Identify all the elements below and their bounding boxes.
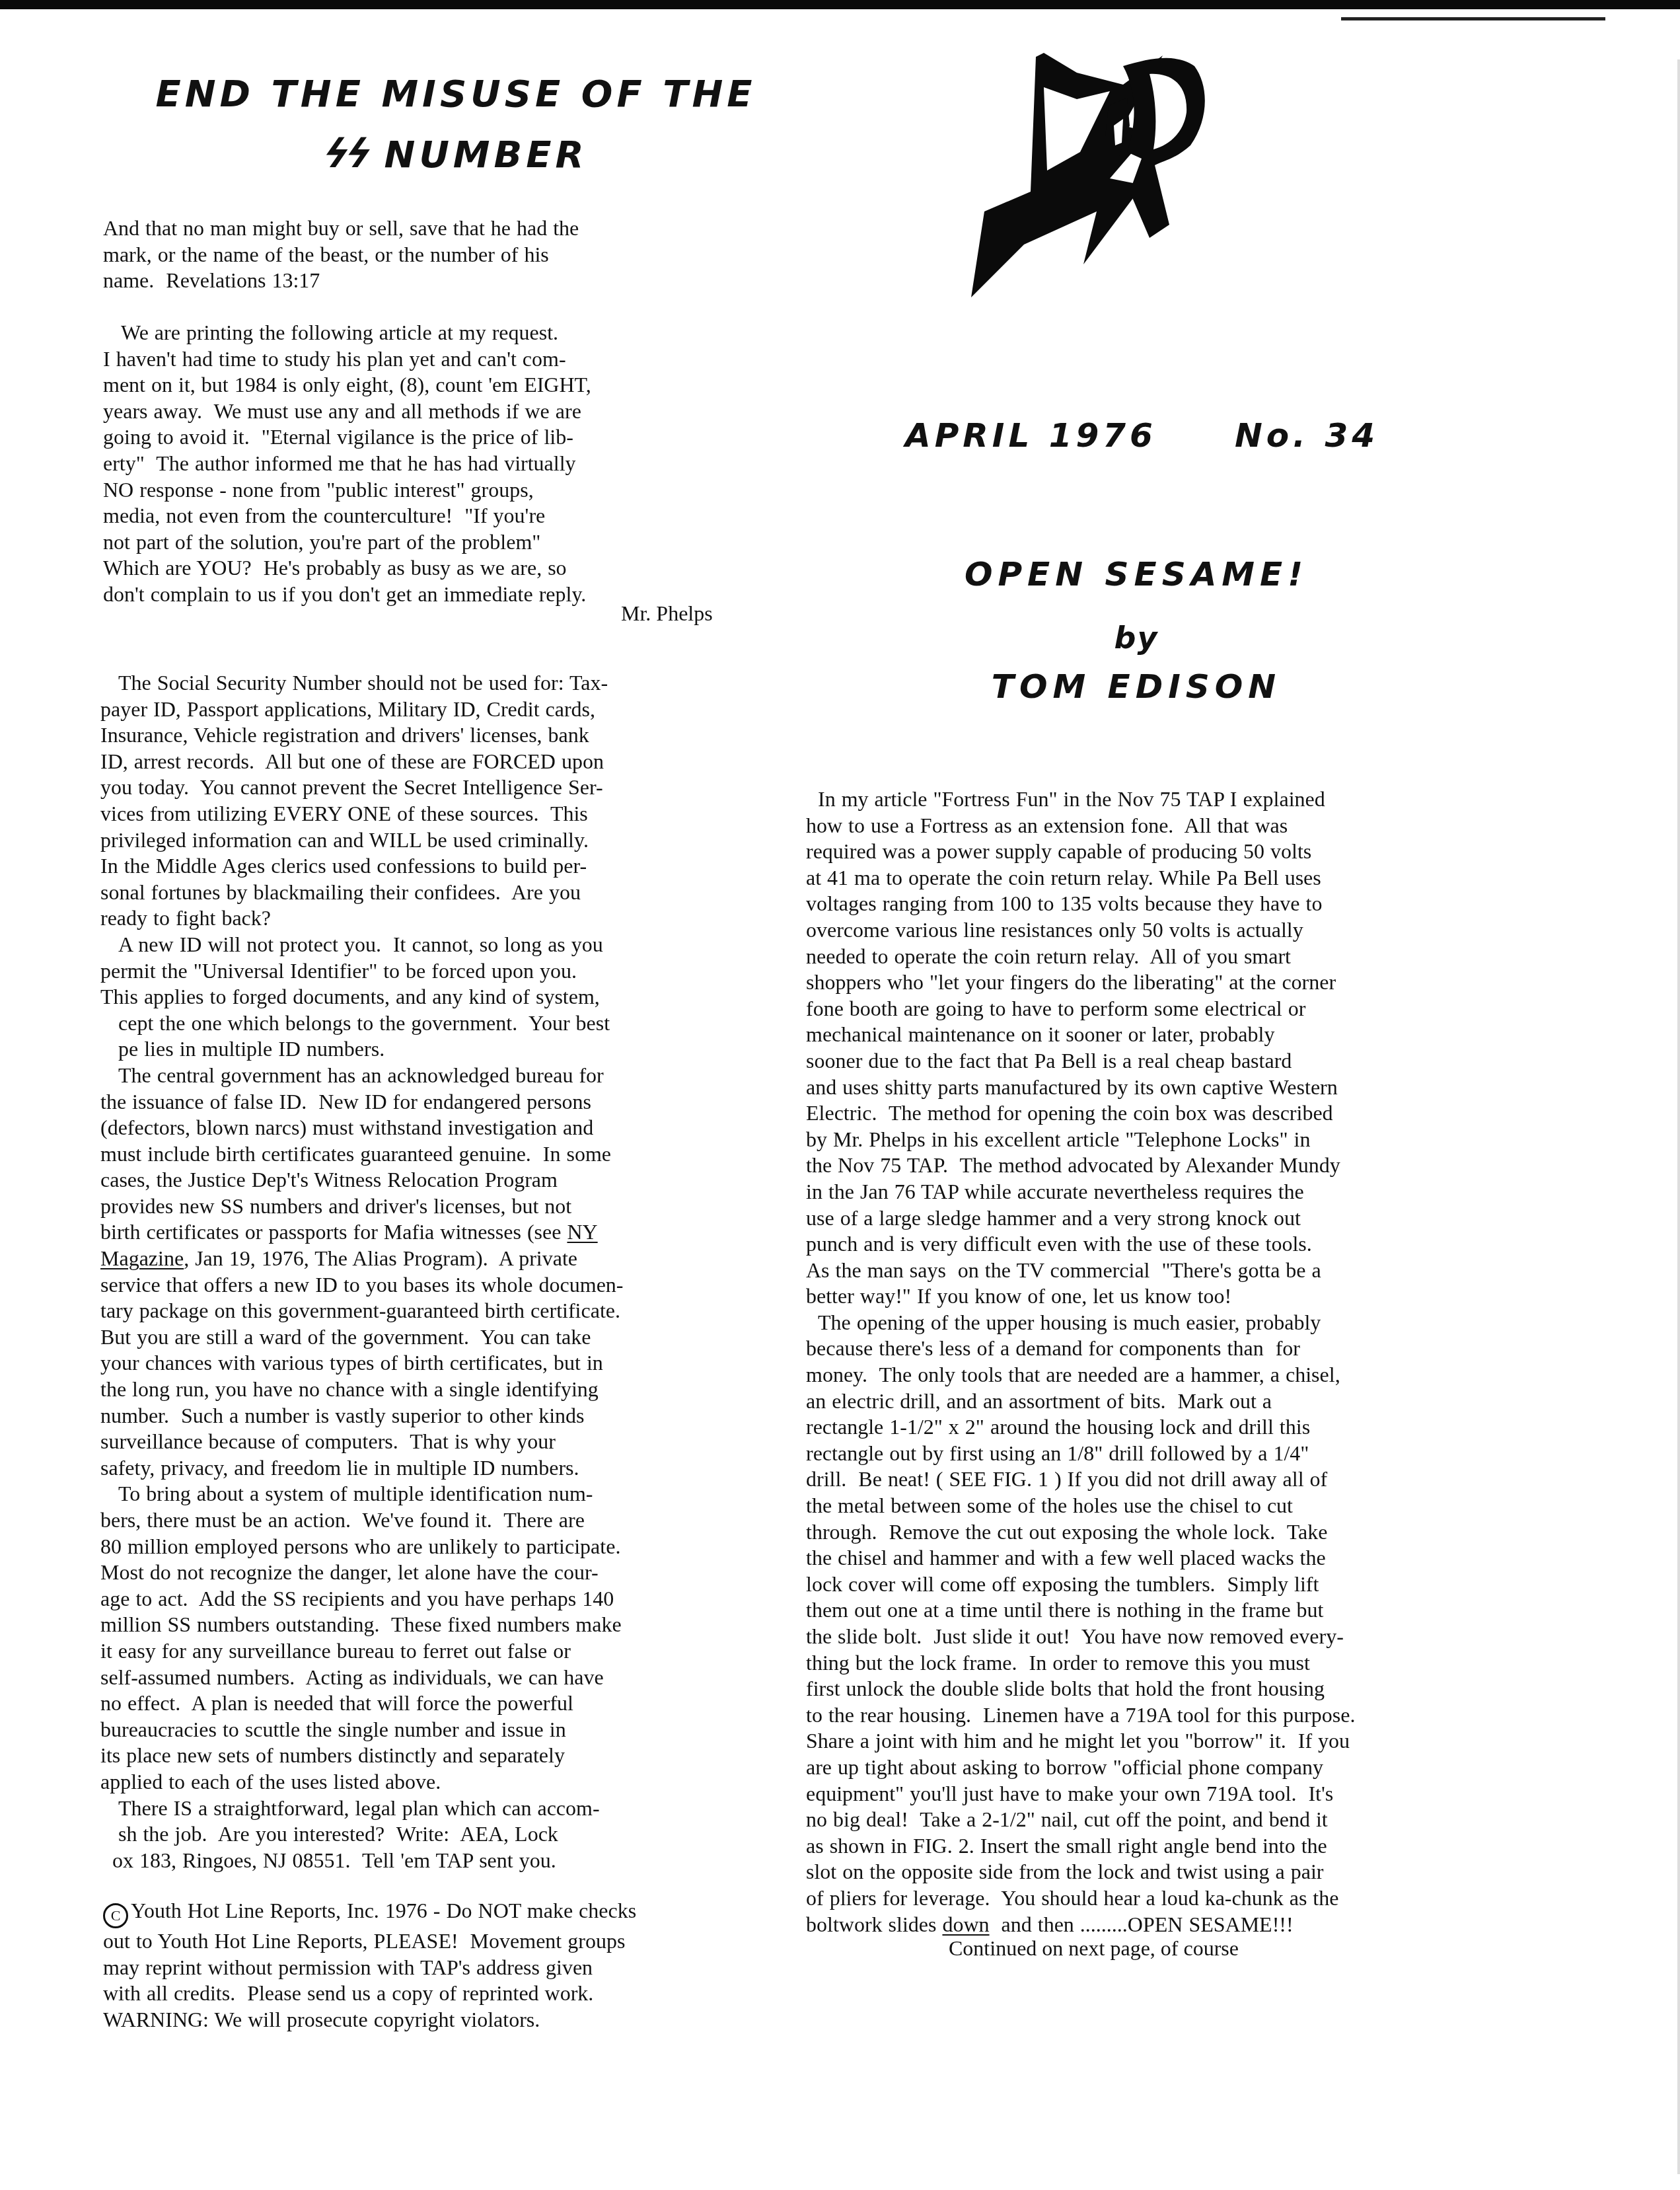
left-article-title: END THE MISUSE OF THE ϟϟNUMBER <box>126 65 786 185</box>
issue-date: APRIL 1976 <box>905 416 1157 455</box>
copyright-icon: C <box>103 1903 128 1928</box>
copyright-text: Youth Hot Line Reports, Inc. 1976 - Do N… <box>103 1899 636 2031</box>
byline-author: TOM EDISON <box>885 667 1387 706</box>
ss-number-article-body: The Social Security Number should not be… <box>100 670 814 1873</box>
issue-number: No. 34 <box>1235 416 1379 455</box>
epigraph-quote: And that no man might buy or sell, save … <box>103 215 777 294</box>
paragraph-false-id: The central government has an acknowledg… <box>100 1063 624 1480</box>
scan-right-edge <box>1677 59 1680 2174</box>
paragraph-coin-box: In my article "Fortress Fun" in the Nov … <box>806 787 1340 1308</box>
title-number-word: NUMBER <box>384 133 588 176</box>
right-article-title: OPEN SESAME! <box>885 555 1387 593</box>
title-line-2: ϟϟNUMBER <box>126 124 786 185</box>
scan-top-border-fragment <box>1341 17 1605 20</box>
continued-note: Continued on next page, of course <box>949 1936 1239 1961</box>
paragraph-upper-housing: The opening of the upper housing is much… <box>806 1310 1355 1936</box>
scan-top-border <box>0 0 1680 9</box>
issue-dateline: APRIL 1976No. 34 <box>905 416 1379 455</box>
byline-by: by <box>885 620 1387 656</box>
paragraph-forced-uses: The Social Security Number should not be… <box>100 671 608 930</box>
open-sesame-article-body: In my article "Fortress Fun" in the Nov … <box>806 786 1559 1938</box>
ss-runes-icon: ϟϟ <box>318 124 373 184</box>
paragraph-action-plan: To bring about a system of multiple iden… <box>100 1482 622 1794</box>
copyright-notice: CYouth Hot Line Reports, Inc. 1976 - Do … <box>103 1898 803 2033</box>
editor-signature: Mr. Phelps <box>621 601 713 626</box>
editor-intro: We are printing the following article at… <box>103 320 790 608</box>
title-line-1: END THE MISUSE OF THE <box>126 65 786 124</box>
emphasis-down: down <box>942 1912 989 1936</box>
paragraph-contact: There IS a straightforward, legal plan w… <box>100 1796 600 1872</box>
paragraph-new-id: A new ID will not protect you. It cannot… <box>100 932 610 1061</box>
tap-logo-icon <box>931 26 1301 324</box>
